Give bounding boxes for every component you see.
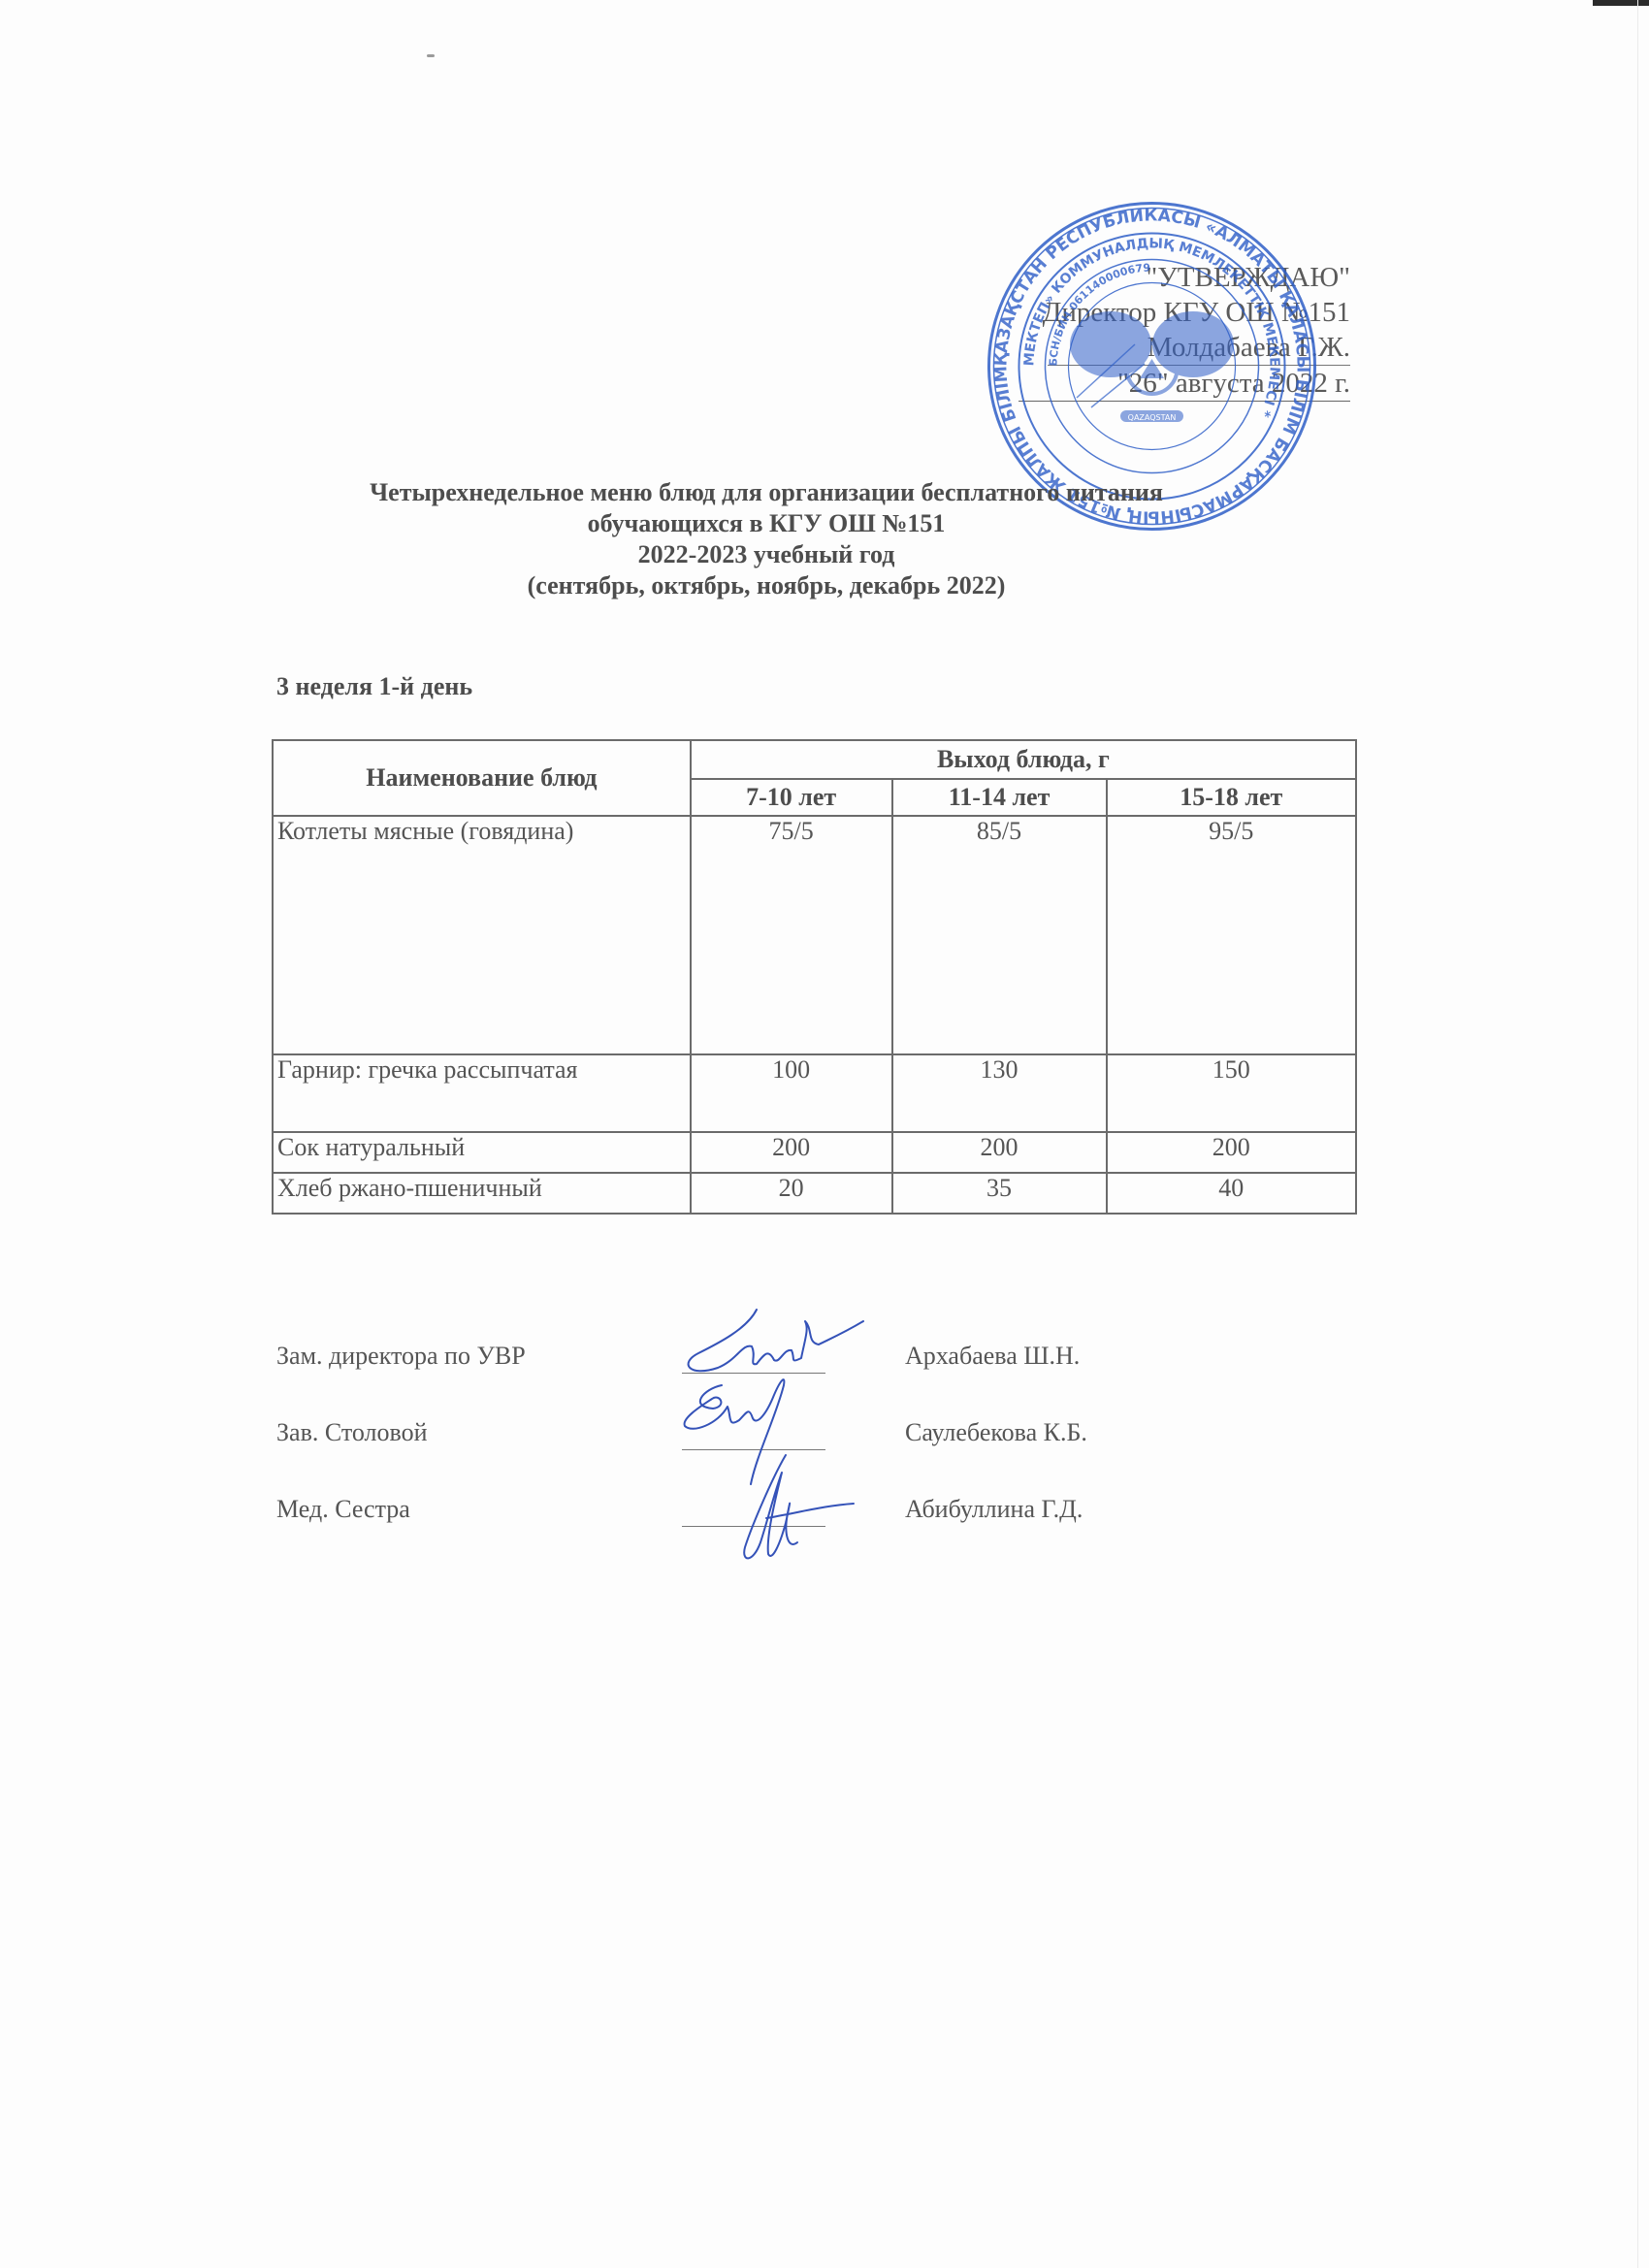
yield-value: 200: [691, 1132, 892, 1173]
yield-value: 200: [892, 1132, 1107, 1173]
svg-text:QAZAQSTAN: QAZAQSTAN: [1128, 413, 1177, 422]
scan-speck: [427, 54, 435, 57]
header-age-15-18: 15-18 лет: [1107, 779, 1356, 816]
yield-value: 20: [691, 1173, 892, 1214]
dish-name: Хлеб ржано-пшеничный: [273, 1173, 691, 1214]
yield-value: 95/5: [1107, 816, 1356, 1054]
signatory-name: Абибуллина Г.Д.: [905, 1495, 1083, 1524]
dish-name: Сок натуральный: [273, 1132, 691, 1173]
yield-value: 130: [892, 1054, 1107, 1132]
yield-value: 200: [1107, 1132, 1356, 1173]
signature-role: Мед. Сестра: [276, 1495, 410, 1524]
table-row: Хлеб ржано-пшеничный 20 35 40: [273, 1173, 1356, 1214]
menu-table: Наименование блюд Выход блюда, г 7-10 ле…: [272, 739, 1357, 1215]
dish-name: Гарнир: гречка рассыпчатая: [273, 1054, 691, 1132]
header-age-11-14: 11-14 лет: [892, 779, 1107, 816]
signature-role: Зав. Столовой: [276, 1418, 428, 1447]
scan-edge-mark: [1593, 0, 1649, 6]
signatory-name: Архабаева Ш.Н.: [905, 1342, 1080, 1371]
signature-role: Зам. директора по УВР: [276, 1342, 526, 1371]
yield-value: 100: [691, 1054, 892, 1132]
handwritten-signatures-icon: [660, 1300, 912, 1581]
title-line-2: обучающихся в КГУ ОШ №151: [242, 508, 1290, 539]
title-line-4: (сентябрь, октябрь, ноябрь, декабрь 2022…: [242, 570, 1290, 601]
dish-name: Котлеты мясные (говядина): [273, 816, 691, 1054]
signatory-name: Саулебекова К.Б.: [905, 1418, 1087, 1447]
table-row: Котлеты мясные (говядина) 75/5 85/5 95/5: [273, 816, 1356, 1054]
title-line-3: 2022-2023 учебный год: [242, 539, 1290, 570]
yield-value: 85/5: [892, 816, 1107, 1054]
header-dish-name: Наименование блюд: [273, 740, 691, 816]
document-title: Четырехнедельное меню блюд для организац…: [242, 477, 1290, 601]
week-day-label: 3 неделя 1-й день: [276, 672, 472, 701]
yield-value: 40: [1107, 1173, 1356, 1214]
header-age-7-10: 7-10 лет: [691, 779, 892, 816]
table-header-row: Наименование блюд Выход блюда, г: [273, 740, 1356, 779]
header-yield-group: Выход блюда, г: [691, 740, 1356, 779]
yield-value: 75/5: [691, 816, 892, 1054]
table-row: Сок натуральный 200 200 200: [273, 1132, 1356, 1173]
table-row: Гарнир: гречка рассыпчатая 100 130 150: [273, 1054, 1356, 1132]
title-line-1: Четырехнедельное меню блюд для организац…: [242, 477, 1290, 508]
yield-value: 150: [1107, 1054, 1356, 1132]
yield-value: 35: [892, 1173, 1107, 1214]
scan-edge-line: [1637, 0, 1638, 2268]
